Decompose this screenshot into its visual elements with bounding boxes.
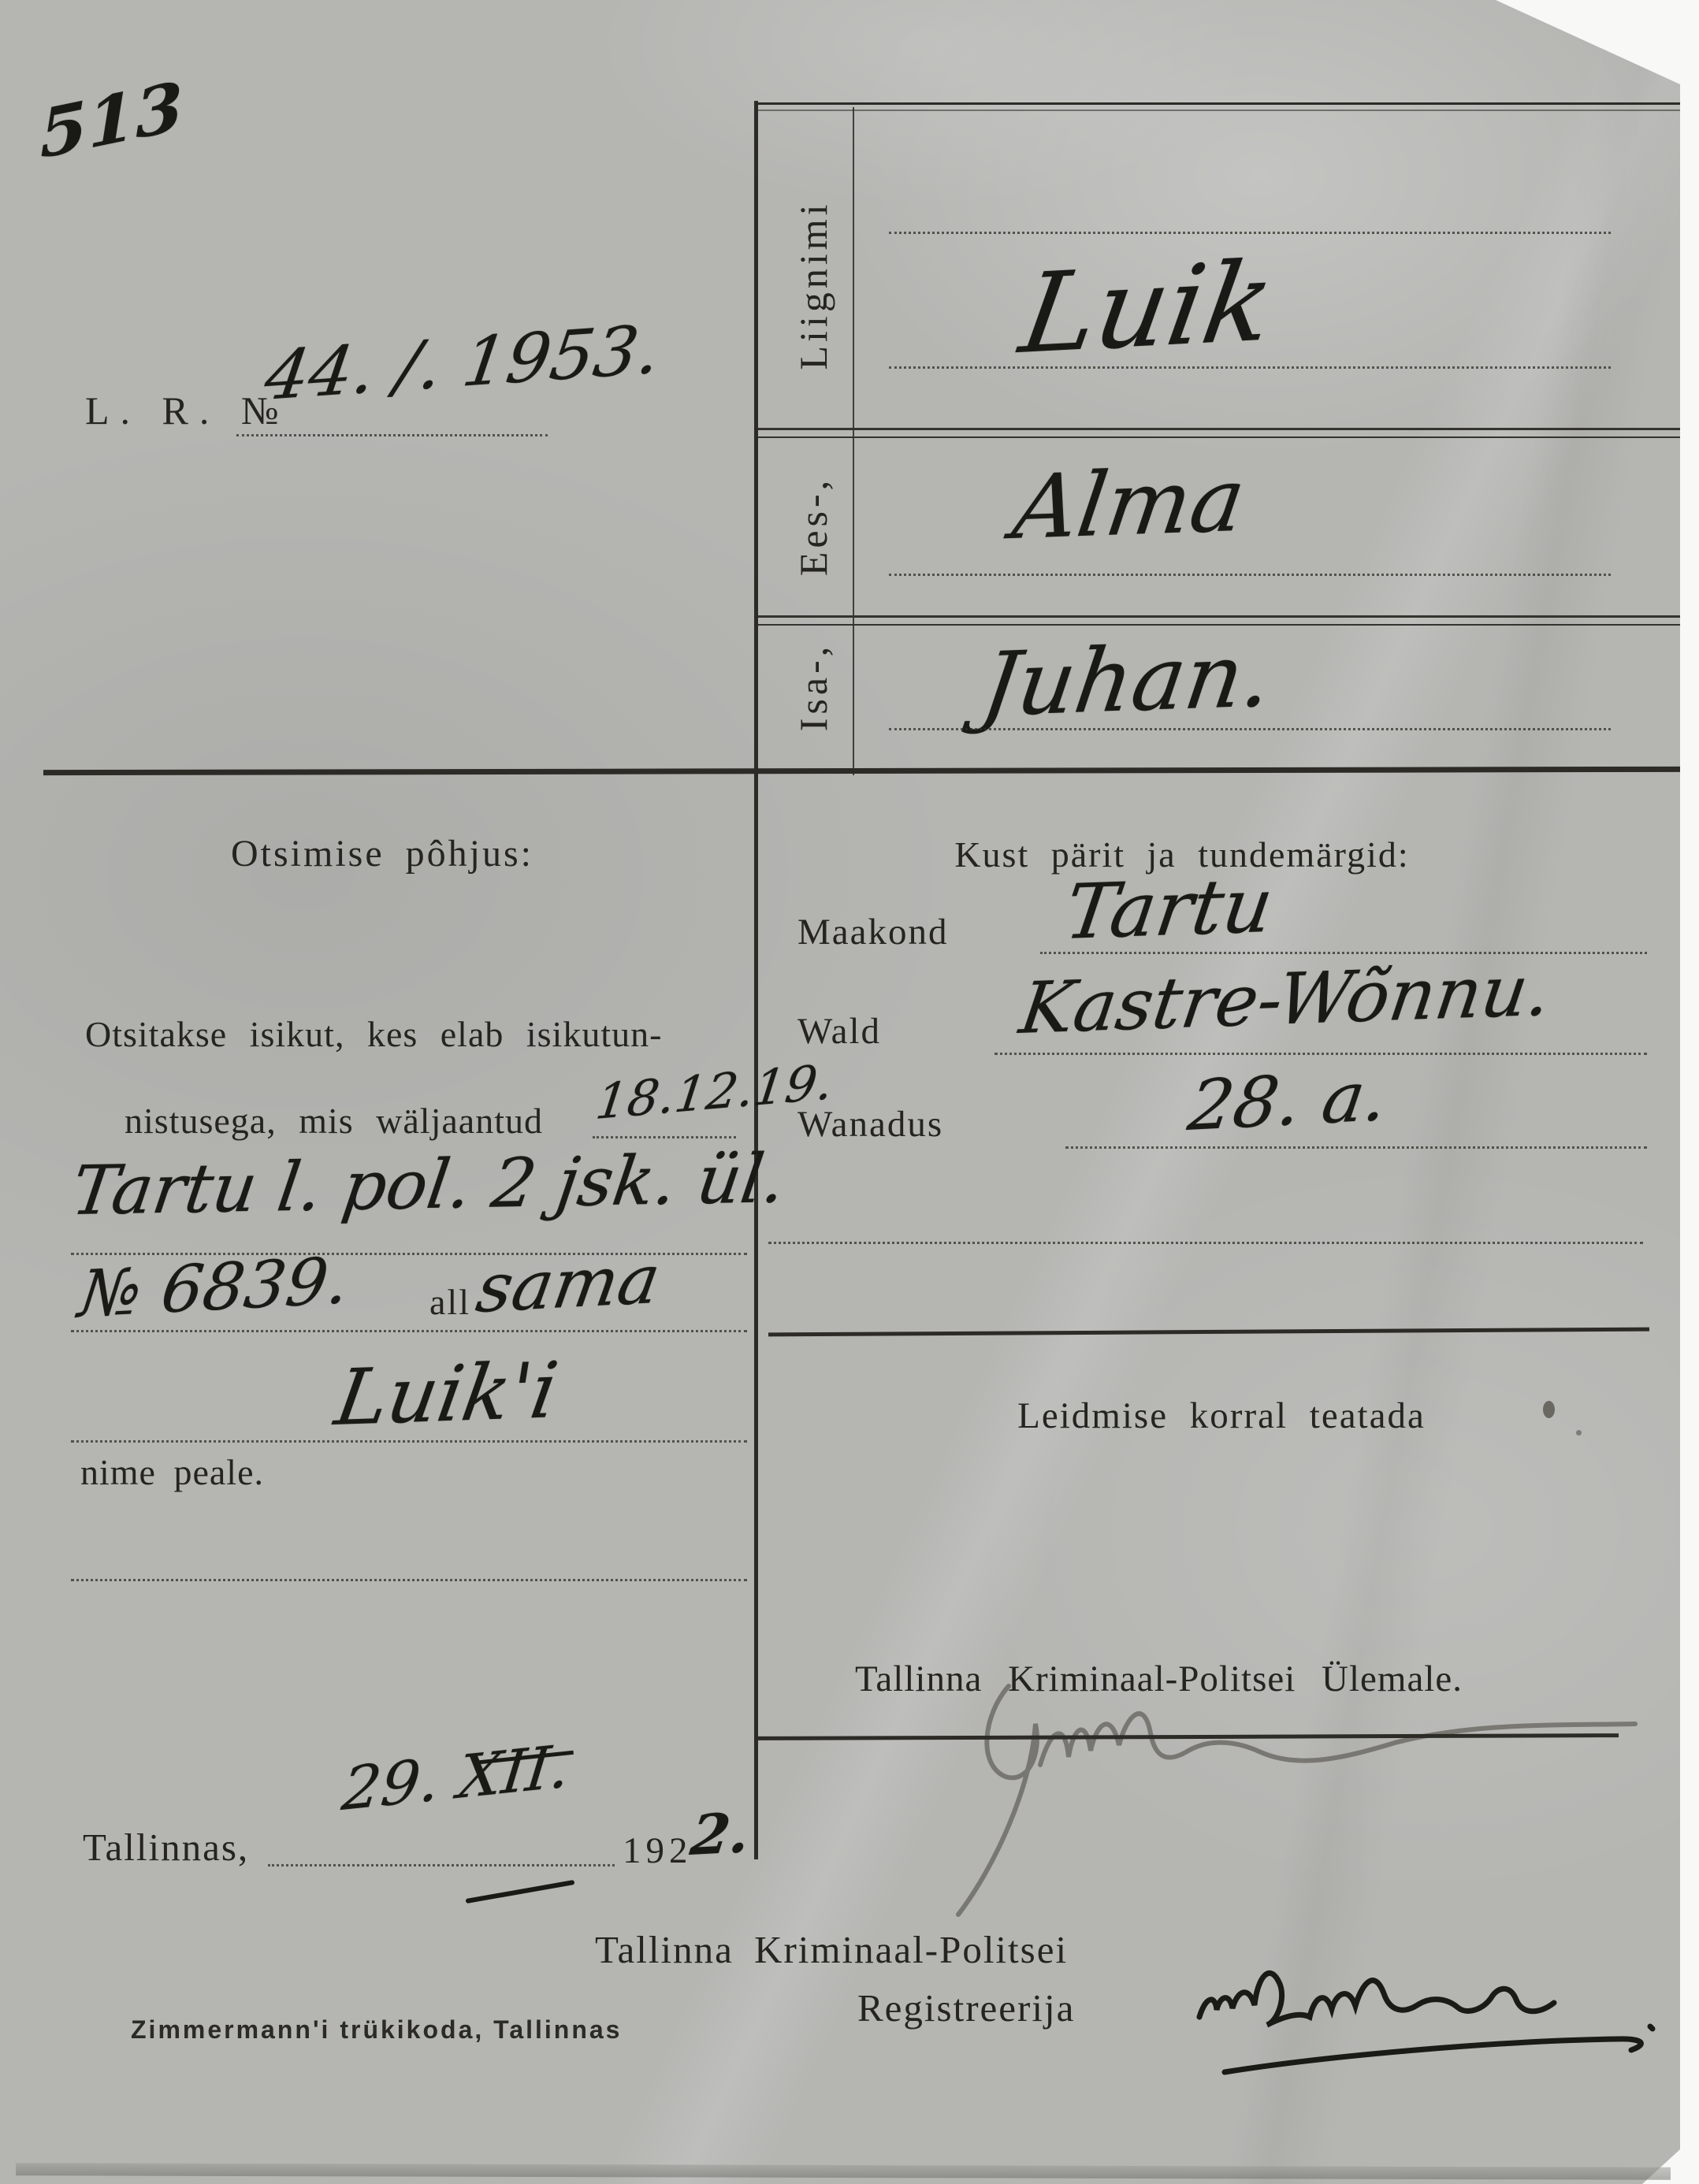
same-value: sama: [471, 1240, 665, 1328]
number-dotted-line: [71, 1330, 747, 1332]
divider-vertical-center: [754, 101, 758, 1859]
name-dotted-line: [71, 1440, 747, 1443]
scanned-document: 513 L. R. № 44. /. 1953. Liignimi Luik E…: [0, 0, 1699, 2184]
date-dotted-line: [268, 1864, 615, 1866]
document-number-value: № 6839.: [75, 1243, 353, 1332]
age-label: Wanadus: [797, 1103, 943, 1146]
field-label-father: Isa-,: [790, 643, 836, 731]
county-value: Tartu: [1060, 861, 1278, 956]
parish-dotted-line: [994, 1053, 1647, 1055]
top-border-line-2: [758, 110, 1680, 111]
firstname-dotted-line: [889, 574, 1611, 576]
scanner-edge-right: [1680, 0, 1699, 2184]
age-value: 28. a.: [1184, 1055, 1392, 1146]
registry-dotted-line: [236, 434, 548, 436]
field-label-surname: Liignimi: [790, 201, 836, 370]
notify-heading: Leidmise korral teatada: [946, 1395, 1497, 1437]
surname-dotted-line-1: [889, 232, 1611, 234]
empty-dotted-line-right: [768, 1242, 1643, 1244]
paper-fleck: [1543, 1401, 1555, 1418]
surname-dotted-line-2: [889, 366, 1611, 369]
label-column-line: [853, 107, 854, 775]
year-written: 2.: [687, 1800, 753, 1868]
surname-value: Luik: [1013, 238, 1282, 379]
search-reason-line3: nime peale.: [80, 1451, 264, 1493]
county-dotted-line: [1040, 952, 1647, 954]
footer-org-line2: Registreerija: [857, 1985, 1075, 2030]
father-value: Juhan.: [976, 624, 1278, 737]
issue-date-dotted-line: [593, 1136, 736, 1138]
search-reason-line2: nistusega, mis wäljaantud: [125, 1100, 543, 1142]
issuer-value: Tartu l. pol. 2 jsk. ül.: [67, 1139, 790, 1231]
paper-fleck: [1576, 1430, 1582, 1436]
row-separator-2: [758, 615, 1680, 626]
field-label-firstname: Ees-,: [790, 477, 836, 576]
pencil-signature: [890, 1637, 1663, 1929]
under-label: all: [429, 1281, 470, 1323]
age-dotted-line: [1065, 1146, 1647, 1149]
father-dotted-line: [889, 728, 1611, 730]
ink-signature: [1176, 1921, 1680, 2102]
search-reason-heading: Otsimise pôhjus:: [126, 832, 638, 875]
top-border-line: [758, 102, 1680, 105]
row-separator-1: [758, 428, 1680, 438]
searched-name-value: Luik'i: [329, 1346, 563, 1443]
county-label: Maakond: [797, 911, 949, 953]
firstname-value: Alma: [1007, 449, 1251, 559]
registry-number-label: L. R. №: [85, 388, 290, 433]
year-printed: 192: [623, 1829, 693, 1872]
empty-dotted-line-left: [71, 1579, 747, 1581]
parish-label: Wald: [797, 1010, 881, 1053]
printer-imprint: Zimmermann'i trükikoda, Tallinnas: [131, 2015, 622, 2045]
place-label: Tallinnas,: [83, 1825, 249, 1870]
footer-org-line1: Tallinna Kriminaal-Politsei: [595, 1927, 1068, 1972]
search-reason-line1: Otsitakse isikut, kes elab isikutun-: [85, 1013, 662, 1055]
